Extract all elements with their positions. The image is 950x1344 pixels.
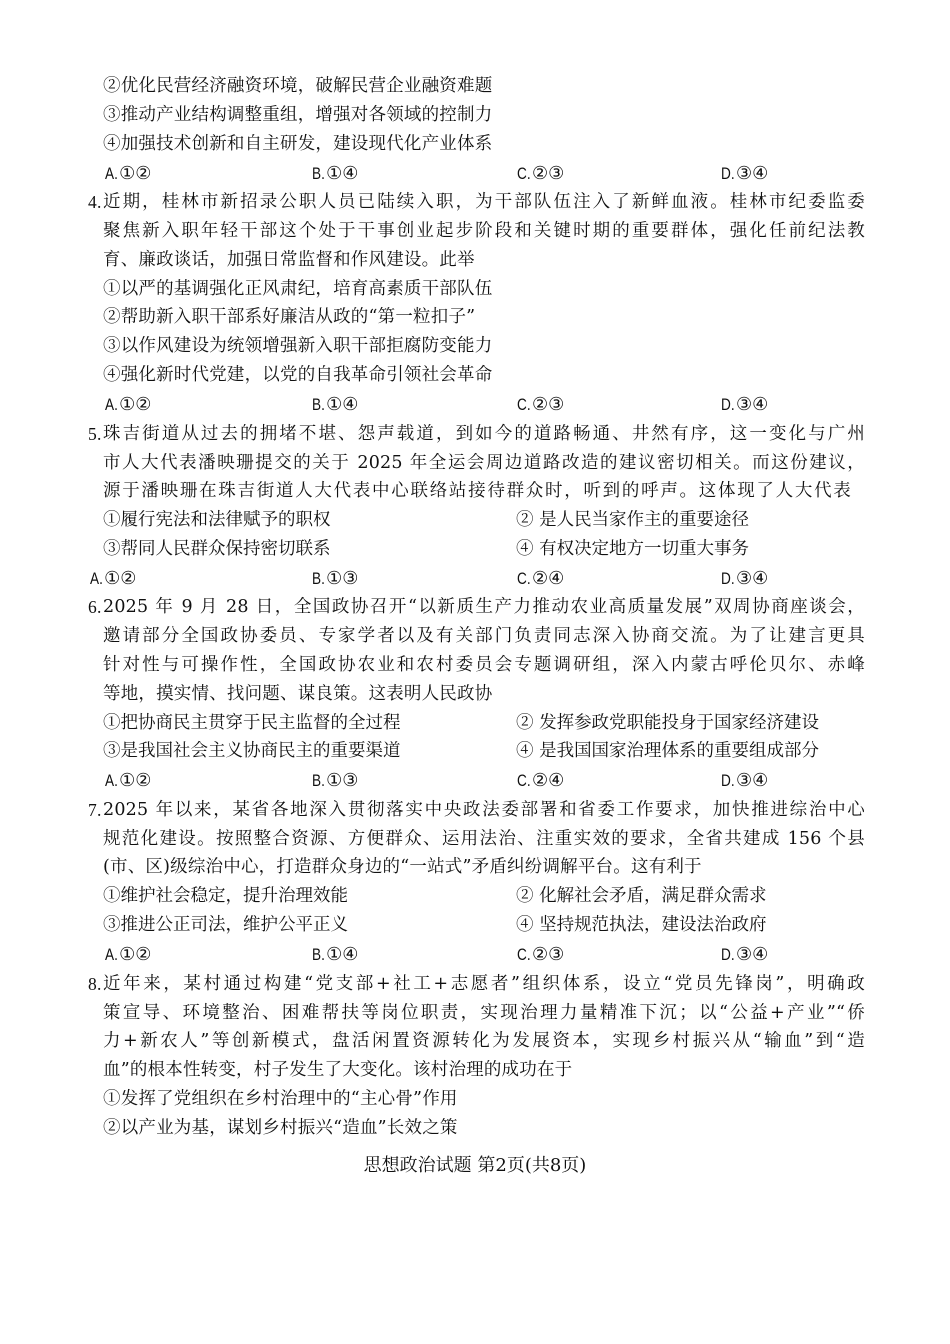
q4-choice-c[interactable]: C.②③ bbox=[517, 390, 564, 419]
q5-statement-3: ③帮同人民群众保持密切联系 bbox=[103, 535, 331, 564]
q3-statement-4: ④加强技术创新和自主研发，建设现代化产业体系 bbox=[103, 130, 492, 159]
q3-choice-b[interactable]: B.①④ bbox=[312, 159, 358, 188]
q3-statement-2: ②优化民营经济融资环境，破解民营企业融资难题 bbox=[103, 72, 492, 101]
q3-choice-c[interactable]: C.②③ bbox=[517, 159, 564, 188]
exam-page: ②优化民营经济融资环境，破解民营企业融资难题 ③推动产业结构调整重组，增强对各领… bbox=[0, 0, 950, 1344]
q3-choice-a[interactable]: A.①② bbox=[105, 159, 151, 188]
q7-stem-line-2: 规范化建设。按照整合资源、方便群众、运用法治、注重实效的要求，全省共建成 156… bbox=[103, 825, 865, 854]
q7-choice-d[interactable]: D.③④ bbox=[721, 940, 768, 969]
q5-stem-line-1: 珠吉街道从过去的拥堵不堪、怨声载道，到如今的道路畅通、井然有序，这一变化与广州 bbox=[103, 420, 865, 449]
q7-choice-a[interactable]: A.①② bbox=[105, 940, 151, 969]
q8-number: 8. bbox=[88, 970, 102, 999]
q5-choice-c[interactable]: C.②④ bbox=[517, 564, 564, 593]
q4-statement-4: ④强化新时代党建，以党的自我革命引领社会革命 bbox=[103, 361, 492, 390]
q7-stem-line-3: (市、区)级综治中心，打造群众身边的“一站式”矛盾纠纷调解平台。这有利于 bbox=[103, 853, 702, 882]
q7-statement-3: ③推进公正司法，维护公平正义 bbox=[103, 911, 348, 940]
q4-statement-1: ①以严的基调强化正风肃纪，培育高素质干部队伍 bbox=[103, 275, 492, 304]
page-footer: 思想政治试题 第2页(共8页) bbox=[0, 1151, 950, 1180]
q4-choice-d[interactable]: D.③④ bbox=[721, 390, 768, 419]
q6-choice-a[interactable]: A.①② bbox=[105, 766, 151, 795]
q8-stem-line-1: 近年来，某村通过构建“党支部+社工+志愿者”组织体系，设立“党员先锋岗”，明确政 bbox=[103, 970, 865, 999]
q7-choices: A.①② B.①④ C.②③ D.③④ bbox=[103, 940, 803, 969]
q4-stem-line-1: 近期，桂林市新招录公职人员已陆续入职，为干部队伍注入了新鲜血液。桂林市纪委监委 bbox=[103, 188, 865, 217]
q6-choices: A.①② B.①③ C.②④ D.③④ bbox=[103, 766, 803, 795]
q5-statement-4: ④ 有权决定地方一切重大事务 bbox=[516, 535, 749, 564]
q6-choice-d[interactable]: D.③④ bbox=[721, 766, 768, 795]
q5-statement-2: ② 是人民当家作主的重要途径 bbox=[516, 506, 749, 535]
q4-choices: A.①② B.①④ C.②③ D.③④ bbox=[103, 390, 803, 419]
q7-statement-1: ①维护社会稳定，提升治理效能 bbox=[103, 882, 348, 911]
q6-statement-1: ①把协商民主贯穿于民主监督的全过程 bbox=[103, 709, 401, 738]
q5-number: 5. bbox=[88, 420, 102, 449]
q6-statement-3: ③是我国社会主义协商民主的重要渠道 bbox=[103, 737, 401, 766]
q7-choice-b[interactable]: B.①④ bbox=[312, 940, 358, 969]
q6-choice-c[interactable]: C.②④ bbox=[517, 766, 564, 795]
q5-choices: A.①② B.①③ C.②④ D.③④ bbox=[88, 564, 788, 593]
q3-choices: A.①② B.①④ C.②③ D.③④ bbox=[103, 159, 803, 188]
q3-statement-3: ③推动产业结构调整重组，增强对各领域的控制力 bbox=[103, 101, 492, 130]
q6-stem-line-3: 针对性与可操作性，全国政协农业和农村委员会专题调研组，深入内蒙古呼伦贝尔、赤峰 bbox=[103, 651, 865, 680]
q5-stem-line-2: 市人大代表潘映珊提交的关于 2025 年全运会周边道路改造的建议密切相关。而这份… bbox=[103, 449, 865, 478]
q4-stem-line-3: 育、廉政谈话，加强日常监督和作风建设。此举 bbox=[103, 246, 475, 275]
q4-stem-line-2: 聚焦新入职年轻干部这个处于干事创业起步阶段和关键时期的重要群体，强化任前纪法教 bbox=[103, 217, 865, 246]
q7-stem-line-1: 2025 年以来，某省各地深入贯彻落实中央政法委部署和省委工作要求，加快推进综治… bbox=[103, 796, 865, 825]
q4-choice-b[interactable]: B.①④ bbox=[312, 390, 358, 419]
q8-stem-line-3: 力+新农人”等创新模式，盘活闲置资源转化为发展资本，实现乡村振兴从“输血”到“造 bbox=[103, 1027, 865, 1056]
q4-statement-2: ②帮助新入职干部系好廉洁从政的“第一粒扣子” bbox=[103, 303, 475, 332]
q5-choice-d[interactable]: D.③④ bbox=[721, 564, 768, 593]
q4-choice-a[interactable]: A.①② bbox=[105, 390, 151, 419]
q5-choice-b[interactable]: B.①③ bbox=[312, 564, 358, 593]
q6-statement-2: ② 发挥参政党职能投身于国家经济建设 bbox=[516, 709, 819, 738]
q6-stem-line-1: 2025 年 9 月 28 日，全国政协召开“以新质生产力推动农业高质量发展”双… bbox=[103, 593, 865, 622]
q6-stem-line-2: 邀请部分全国政协委员、专家学者以及有关部门负责同志深入协商交流。为了让建言更具 bbox=[103, 622, 865, 651]
q4-statement-3: ③以作风建设为统领增强新入职干部拒腐防变能力 bbox=[103, 332, 492, 361]
q6-choice-b[interactable]: B.①③ bbox=[312, 766, 358, 795]
q5-stem-line-3: 源于潘映珊在珠吉街道人大代表中心联络站接待群众时，听到的呼声。这体现了人大代表 bbox=[103, 477, 851, 506]
q5-statement-1: ①履行宪法和法律赋予的职权 bbox=[103, 506, 331, 535]
q6-stem-line-4: 等地，摸实情、找问题、谋良策。这表明人民政协 bbox=[103, 680, 492, 709]
q8-stem-line-4: 血”的根本性转变，村子发生了大变化。该村治理的成功在于 bbox=[103, 1056, 572, 1085]
q7-number: 7. bbox=[88, 796, 102, 825]
q8-statement-1: ①发挥了党组织在乡村治理中的“主心骨”作用 bbox=[103, 1085, 458, 1114]
q3-choice-d[interactable]: D.③④ bbox=[721, 159, 768, 188]
q7-statement-4: ④ 坚持规范执法，建设法治政府 bbox=[516, 911, 767, 940]
q6-number: 6. bbox=[88, 593, 102, 622]
q4-number: 4. bbox=[88, 188, 102, 217]
q8-statement-2: ②以产业为基，谋划乡村振兴“造血”长效之策 bbox=[103, 1114, 458, 1143]
q8-stem-line-2: 策宣导、环境整治、困难帮扶等岗位职责，实现治理力量精准下沉；以“公益+产业”“侨 bbox=[103, 999, 865, 1028]
q5-choice-a[interactable]: A.①② bbox=[90, 564, 136, 593]
q7-statement-2: ② 化解社会矛盾，满足群众需求 bbox=[516, 882, 767, 911]
q7-choice-c[interactable]: C.②③ bbox=[517, 940, 564, 969]
q6-statement-4: ④ 是我国国家治理体系的重要组成部分 bbox=[516, 737, 819, 766]
